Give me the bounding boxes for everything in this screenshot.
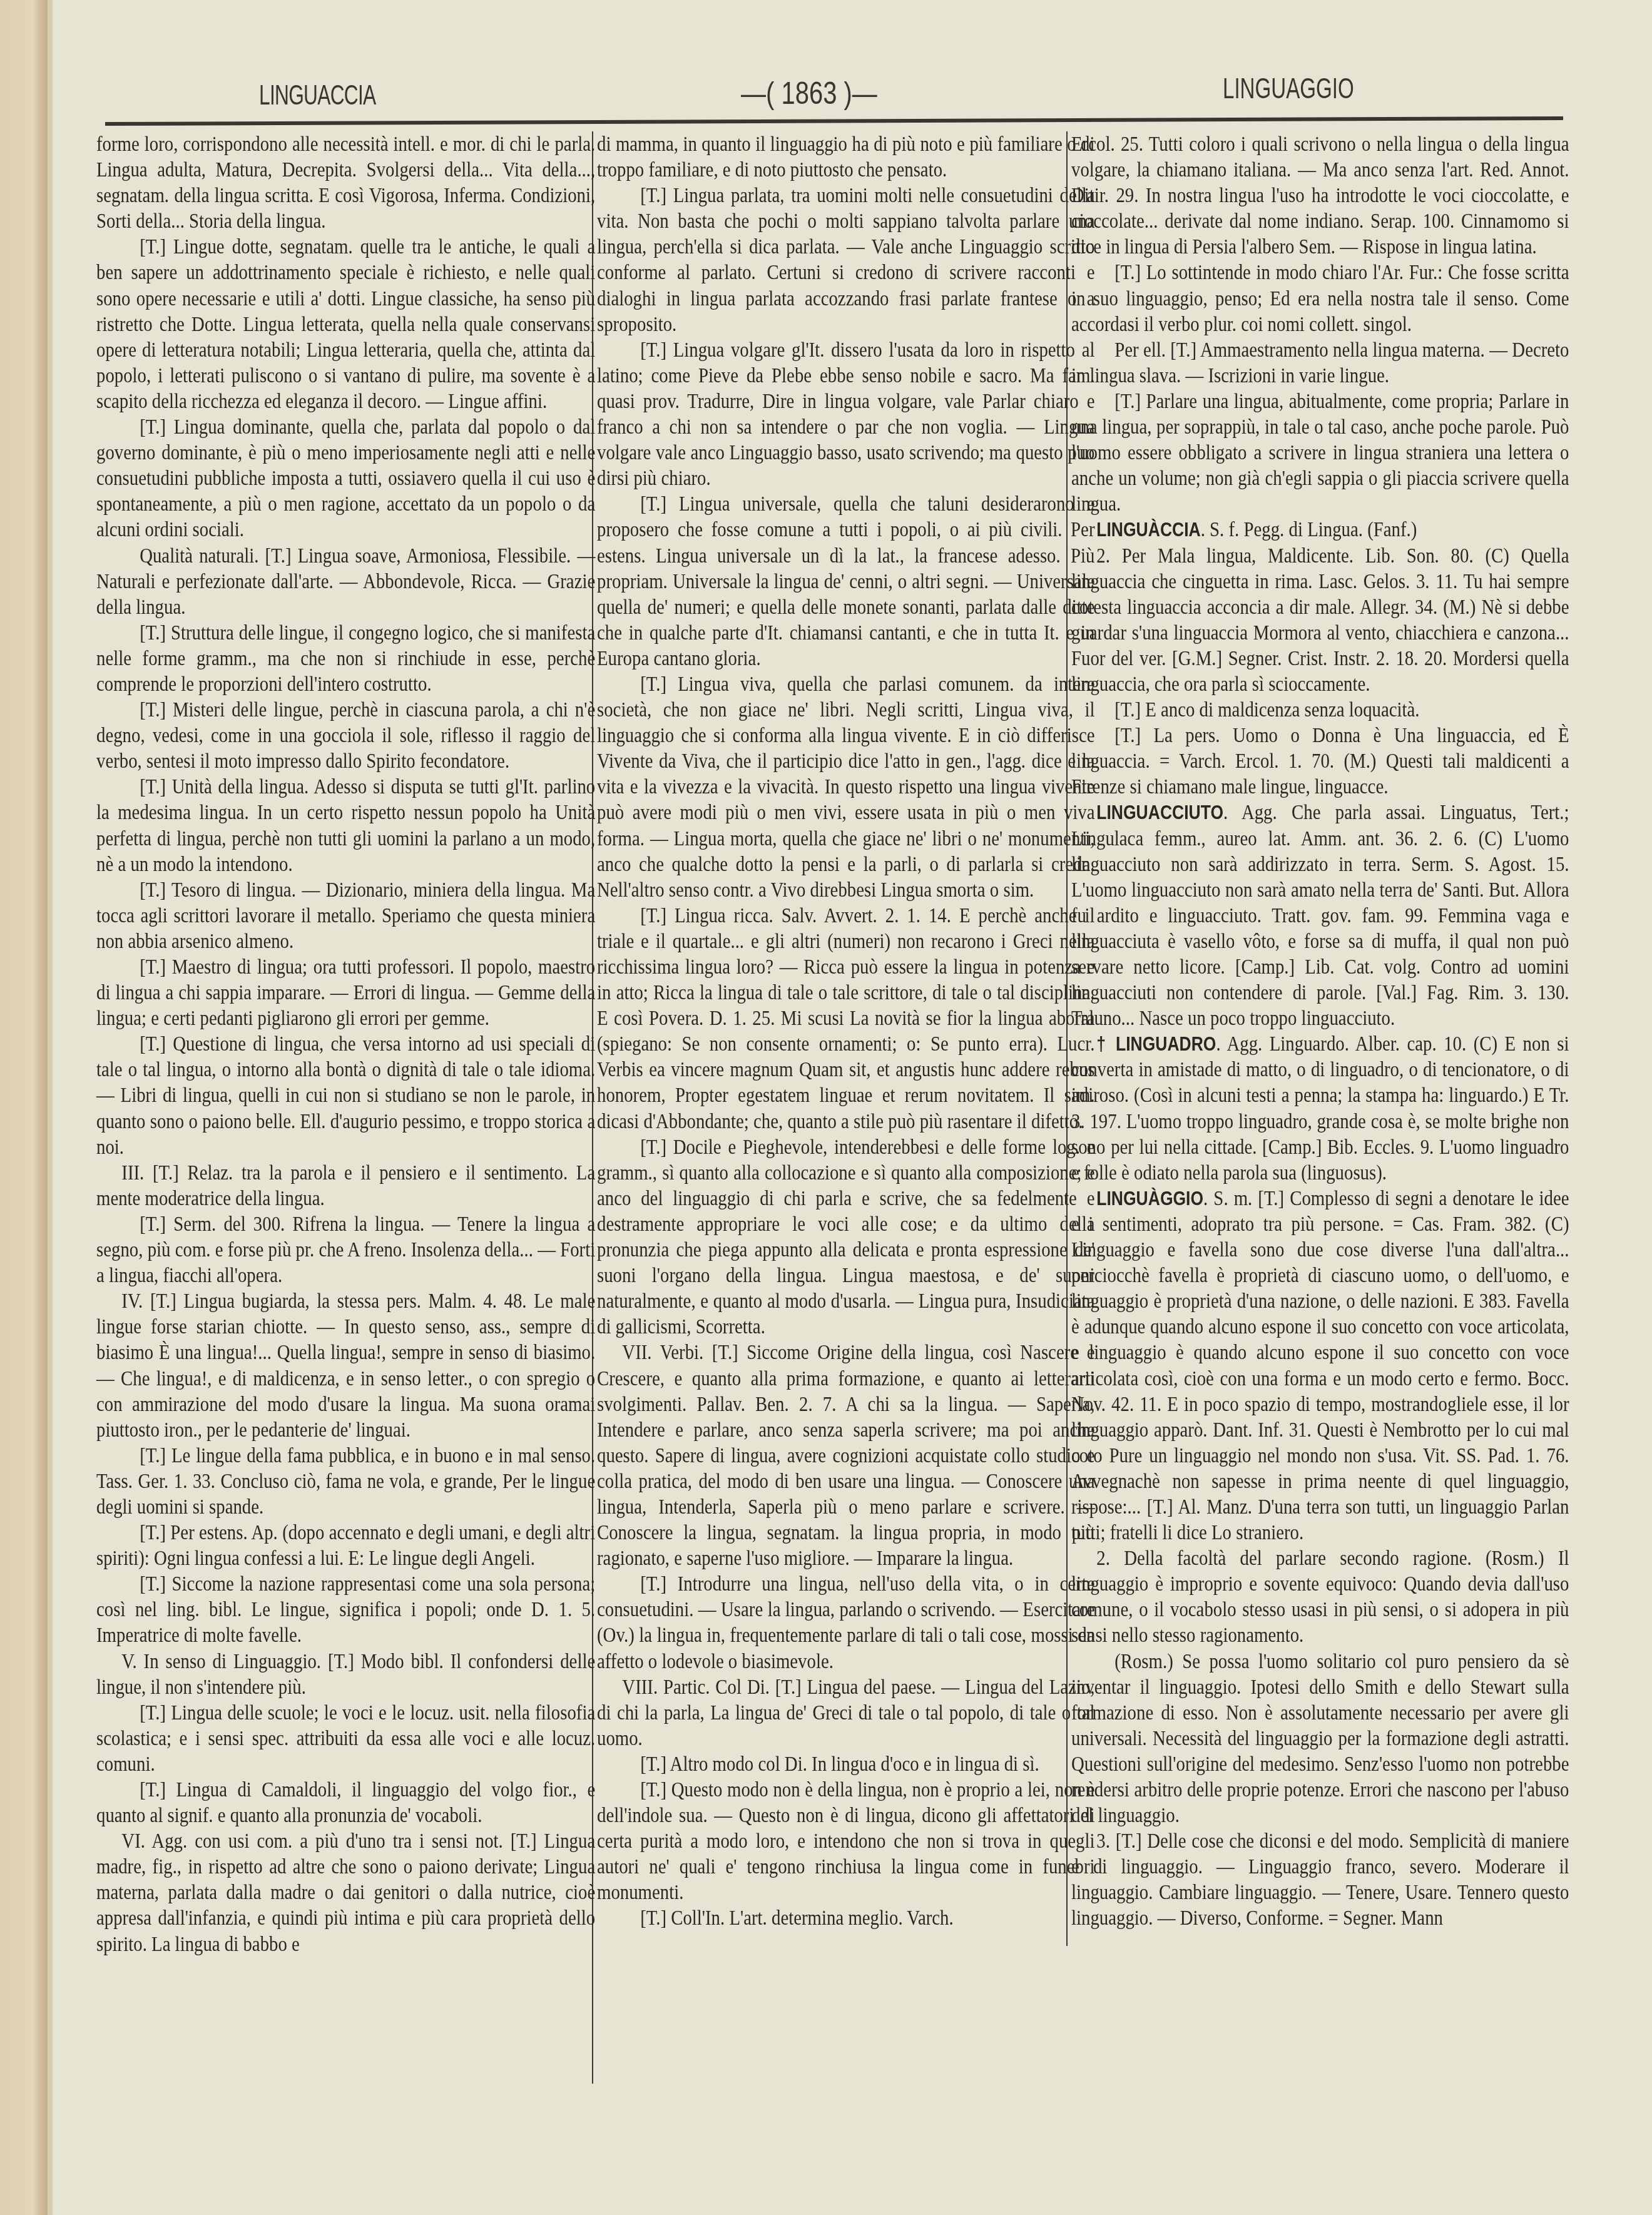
entry-text: 3. [T.] Delle cose che diconsi e del mod… [1071, 1830, 1569, 1930]
dictionary-entry: LINGUACCIUTO. Agg. Che parla assai. Ling… [1071, 800, 1569, 1031]
entry-paragraph: [T.] Introdurre una lingua, nell'uso del… [597, 1571, 1095, 1674]
entry-text: [T.] Lingua delle scuole; le voci e le l… [96, 1701, 595, 1776]
entry-paragraph: [T.] Coll'In. L'art. determina meglio. V… [597, 1905, 1095, 1931]
entry-text: forme loro, corrispondono alle necessità… [96, 133, 595, 233]
entry-text: [T.] Unità della lingua. Adesso si dispu… [96, 775, 595, 875]
entry-text: [T.] Coll'In. L'art. determina meglio. V… [640, 1907, 954, 1930]
entry-paragraph: [T.] Lingua delle scuole; le voci e le l… [96, 1700, 595, 1777]
entry-paragraph: [T.] Lingua dominante, quella che, parla… [96, 414, 595, 542]
book-binding-edge [0, 0, 48, 2215]
entry-text: [T.] Docile e Pieghevole, intenderebbesi… [597, 1136, 1095, 1339]
entry-text: V. In senso di Linguaggio. [T.] Modo bib… [96, 1650, 595, 1699]
entry-paragraph: [T.] Questione di lingua, che versa into… [96, 1031, 595, 1159]
entry-paragraph: Qualità naturali. [T.] Lingua soave, Arm… [96, 543, 595, 620]
entry-text: [T.] Questione di lingua, che versa into… [96, 1032, 595, 1158]
entry-text: [T.] Serm. del 300. Rifrena la lingua. —… [96, 1213, 595, 1287]
entry-headword: LINGUÀCCIA [1096, 519, 1200, 541]
entry-paragraph: [T.] Lingua ricca. Salv. Avvert. 2. 1. 1… [597, 903, 1095, 1134]
entry-paragraph: [T.] Lo sottintende in modo chiaro l'Ar.… [1071, 260, 1569, 337]
entry-text: di mamma, in quanto il linguaggio ha di … [597, 133, 1095, 181]
entry-text: [T.] Altro modo col Di. In lingua d'oco … [640, 1753, 1039, 1776]
entry-text: . S. f. Pegg. di Lingua. (Fanf.) [1201, 518, 1417, 541]
entry-paragraph: [T.] Lingua parlata, tra uomini molti ne… [597, 183, 1095, 337]
entry-text: . Agg. Linguardo. Alber. cap. 10. (C) E … [1071, 1032, 1569, 1184]
entry-text: [T.] Lingua universale, quella che talun… [597, 492, 1095, 670]
entry-paragraph: [T.] Serm. del 300. Rifrena la lingua. —… [96, 1211, 595, 1288]
entry-paragraph: [T.] Tesoro di lingua. — Dizionario, min… [96, 877, 595, 954]
entry-paragraph: [T.] La pers. Uomo o Donna è Una linguac… [1071, 723, 1569, 800]
entry-text: [T.] E anco di maldicenza senza loquacit… [1114, 698, 1419, 721]
entry-paragraph: 3. [T.] Delle cose che diconsi e del mod… [1071, 1828, 1569, 1931]
entry-paragraph: VI. Agg. con usi com. a più d'uno tra i … [96, 1828, 595, 1957]
entry-text: Qualità naturali. [T.] Lingua soave, Arm… [96, 544, 595, 619]
entry-paragraph: [T.] Docile e Pieghevole, intenderebbesi… [597, 1134, 1095, 1340]
entry-text: [T.] Misteri delle lingue, perchè in cia… [96, 698, 595, 773]
entry-text: [T.] Lingua di Camaldoli, il linguaggio … [96, 1778, 595, 1827]
entry-text: [T.] Lingua parlata, tra uomini molti ne… [597, 184, 1095, 335]
entry-text: [T.] Le lingue della fama pubblica, e in… [96, 1444, 595, 1519]
entry-paragraph: [T.] Per estens. Ap. (dopo accennato e d… [96, 1520, 595, 1571]
entry-paragraph: forme loro, corrispondono alle necessità… [96, 131, 595, 234]
entry-text: [T.] Lo sottintende in modo chiaro l'Ar.… [1071, 261, 1569, 335]
entry-text: [T.] Parlare una lingua, abitualmente, c… [1071, 390, 1569, 516]
entry-text: (Rosm.) Se possa l'uomo solitario col pu… [1071, 1650, 1569, 1828]
dictionary-entry: LINGUÀCCIA. S. f. Pegg. di Lingua. (Fanf… [1071, 517, 1569, 542]
entry-paragraph: Ercol. 25. Tutti coloro i quali scrivono… [1071, 131, 1569, 260]
dictionary-entry: † LINGUADRO. Agg. Linguardo. Alber. cap.… [1071, 1031, 1569, 1186]
entry-text: [T.] Tesoro di lingua. — Dizionario, min… [96, 878, 595, 953]
entry-paragraph: [T.] Lingua universale, quella che talun… [597, 491, 1095, 671]
entry-text: [T.] Questo modo non è della lingua, non… [597, 1778, 1095, 1904]
entry-text: VII. Verbi. [T.] Siccome Origine della l… [597, 1341, 1095, 1570]
text-column-3: Ercol. 25. Tutti coloro i quali scrivono… [1071, 131, 1569, 1932]
entry-paragraph: [T.] Lingua di Camaldoli, il linguaggio … [96, 1777, 595, 1828]
entry-text: . S. m. [T.] Complesso di segni a denota… [1071, 1187, 1569, 1544]
entry-paragraph: 2. Per Mala lingua, Maldicente. Lib. Son… [1071, 543, 1569, 698]
entry-text: [T.] La pers. Uomo o Donna è Una linguac… [1071, 724, 1569, 798]
entry-paragraph: [T.] Maestro di lingua; ora tutti profes… [96, 954, 595, 1031]
entry-headword: † LINGUADRO [1096, 1033, 1216, 1055]
entry-text: [T.] Lingua volgare gl'It. dissero l'usa… [597, 339, 1095, 490]
entry-text: . Agg. Che parla assai. Linguatus, Tert.… [1071, 801, 1569, 1030]
entry-paragraph: 2. Della facoltà del parlare secondo rag… [1071, 1545, 1569, 1648]
entry-paragraph: (Rosm.) Se possa l'uomo solitario col pu… [1071, 1649, 1569, 1829]
entry-headword: LINGUÀGGIO [1096, 1188, 1203, 1209]
entry-text: IV. [T.] Lingua bugiarda, la stessa pers… [96, 1290, 595, 1441]
entry-text: III. [T.] Relaz. tra la parola e il pens… [96, 1161, 595, 1210]
entry-paragraph: [T.] E anco di maldicenza senza loquacit… [1071, 697, 1569, 723]
entry-paragraph: V. In senso di Linguaggio. [T.] Modo bib… [96, 1649, 595, 1700]
dictionary-entry: LINGUÀGGIO. S. m. [T.] Complesso di segn… [1071, 1186, 1569, 1545]
entry-text: [T.] Lingua ricca. Salv. Avvert. 2. 1. 1… [597, 904, 1095, 1133]
entry-paragraph: [T.] Misteri delle lingue, perchè in cia… [96, 697, 595, 774]
entry-text: [T.] Per estens. Ap. (dopo accennato e d… [96, 1521, 595, 1570]
entry-text: 2. Della facoltà del parlare secondo rag… [1071, 1547, 1569, 1647]
entry-text: [T.] Lingua dominante, quella che, parla… [96, 415, 595, 541]
entry-paragraph: VIII. Partic. Col Di. [T.] Lingua del pa… [597, 1674, 1095, 1751]
entry-text: [T.] Introdurre una lingua, nell'uso del… [597, 1572, 1095, 1673]
entry-text: [T.] Struttura delle lingue, il congegno… [96, 621, 595, 696]
entry-paragraph: [T.] Altro modo col Di. In lingua d'oco … [597, 1751, 1095, 1777]
entry-paragraph: [T.] Lingue dotte, segnatam. quelle tra … [96, 234, 595, 414]
dictionary-page: LINGUACCIA —( 1863 )— LINGUAGGIO forme l… [53, 0, 1652, 2215]
entry-text: Ercol. 25. Tutti coloro i quali scrivono… [1071, 133, 1569, 258]
entry-paragraph: [T.] Unità della lingua. Adesso si dispu… [96, 774, 595, 877]
entry-paragraph: [T.] Lingua volgare gl'It. dissero l'usa… [597, 337, 1095, 492]
entry-paragraph: VII. Verbi. [T.] Siccome Origine della l… [597, 1340, 1095, 1571]
page-number: —( 1863 )— [741, 75, 877, 111]
entry-paragraph: [T.] Siccome la nazione rappresentasi co… [96, 1571, 595, 1648]
entry-text: [T.] Maestro di lingua; ora tutti profes… [96, 955, 595, 1030]
entry-text: VI. Agg. con usi com. a più d'uno tra i … [96, 1830, 595, 1955]
running-head-left-headword: LINGUACCIA [259, 80, 375, 111]
entry-text: [T.] Lingue dotte, segnatam. quelle tra … [96, 235, 595, 413]
entry-paragraph: di mamma, in quanto il linguaggio ha di … [597, 131, 1095, 183]
running-head-right-headword: LINGUAGGIO [1223, 71, 1354, 105]
entry-paragraph: [T.] Parlare una lingua, abitualmente, c… [1071, 389, 1569, 517]
entry-paragraph: [T.] Lingua viva, quella che parlasi com… [597, 671, 1095, 903]
entry-paragraph: [T.] Struttura delle lingue, il congegno… [96, 620, 595, 697]
entry-paragraph: III. [T.] Relaz. tra la parola e il pens… [96, 1160, 595, 1211]
entry-text: Per ell. [T.] Ammaestramento nella lingu… [1071, 339, 1569, 387]
entry-paragraph: [T.] Le lingue della fama pubblica, e in… [96, 1443, 595, 1520]
entry-headword: LINGUACCIUTO [1096, 802, 1223, 823]
entry-paragraph: [T.] Questo modo non è della lingua, non… [597, 1777, 1095, 1905]
entry-paragraph: Per ell. [T.] Ammaestramento nella lingu… [1071, 337, 1569, 389]
entry-text: [T.] Siccome la nazione rappresentasi co… [96, 1572, 595, 1647]
entry-paragraph: IV. [T.] Lingua bugiarda, la stessa pers… [96, 1288, 595, 1443]
text-column-1: forme loro, corrispondono alle necessità… [96, 131, 595, 1957]
entry-text: 2. Per Mala lingua, Maldicente. Lib. Son… [1071, 544, 1569, 696]
entry-text: [T.] Lingua viva, quella che parlasi com… [597, 673, 1095, 902]
text-column-2: di mamma, in quanto il linguaggio ha di … [597, 131, 1095, 1932]
entry-text: VIII. Partic. Col Di. [T.] Lingua del pa… [597, 1676, 1095, 1750]
